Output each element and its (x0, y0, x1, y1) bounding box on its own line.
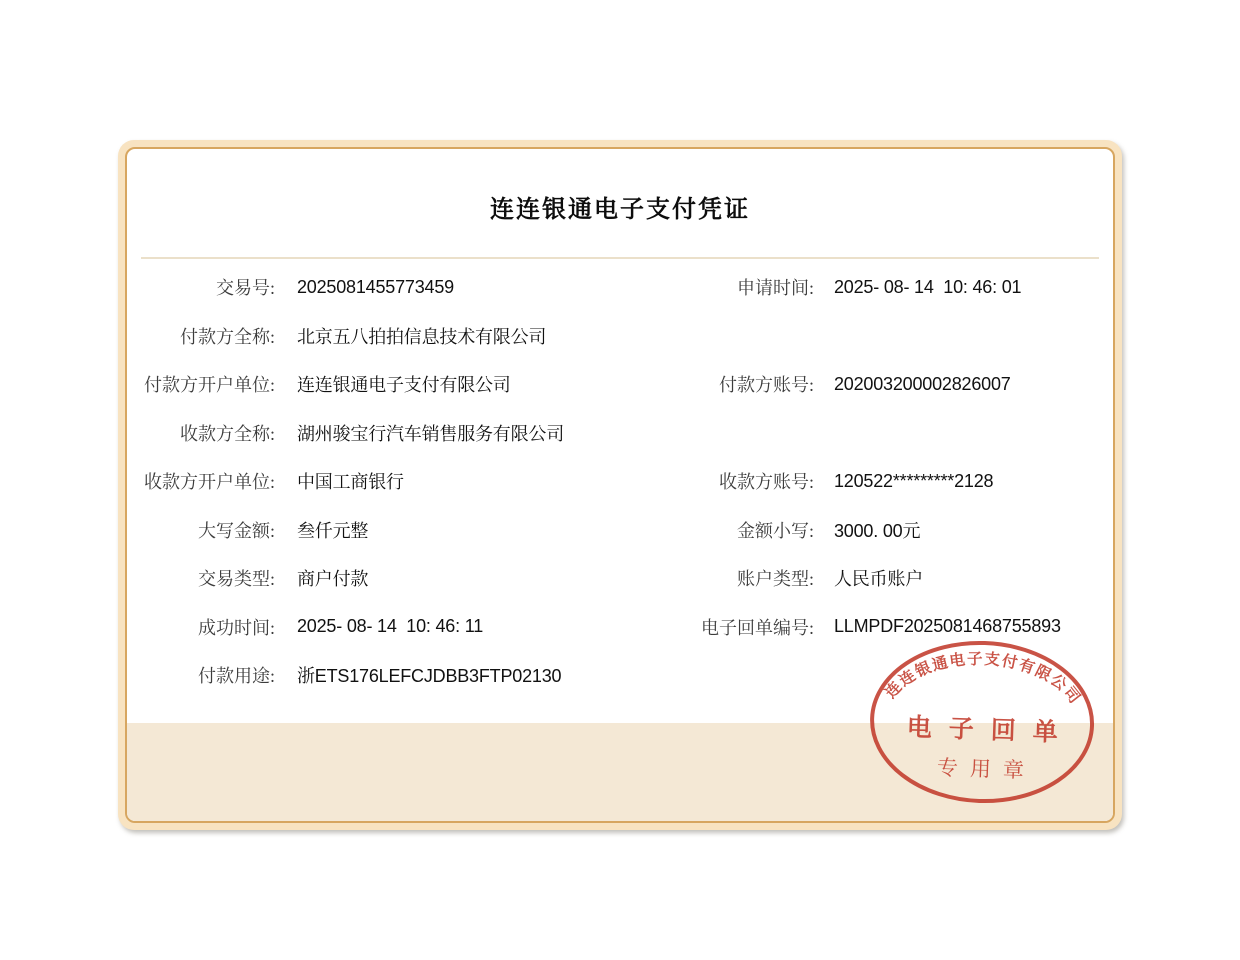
apply-time-value: 2025- 08- 14 10: 46: 01 (834, 277, 1105, 298)
row-payee-bank: 收款方开户单位: 中国工商银行 收款方账号: 120522*********21… (127, 457, 1113, 506)
transaction-type-value: 商户付款 (297, 565, 654, 591)
receipt-card-inner: 连连银通电子支付凭证 交易号: 2025081455773459 申请时间: 2… (125, 147, 1115, 823)
stamp-center-text: 电子回单 (906, 713, 1075, 747)
payer-account-label: 付款方账号: (654, 371, 814, 397)
transaction-id-label: 交易号: (133, 274, 275, 300)
field-rows: 交易号: 2025081455773459 申请时间: 2025- 08- 14… (127, 263, 1113, 700)
receipt-card: 连连银通电子支付凭证 交易号: 2025081455773459 申请时间: 2… (118, 140, 1122, 830)
payer-name-value: 北京五八拍拍信息技术有限公司 (297, 323, 654, 349)
payer-account-value: 202003200002826007 (834, 374, 1105, 395)
row-transaction-id: 交易号: 2025081455773459 申请时间: 2025- 08- 14… (127, 263, 1113, 312)
amount-figures-label: 金额小写: (654, 517, 814, 543)
payee-bank-label: 收款方开户单位: (133, 468, 275, 494)
payee-name-label: 收款方全称: (133, 420, 275, 446)
stamp-company-arc-text: 连连银通电子支付有限公司 (880, 646, 1087, 708)
payment-purpose-value: 浙ETS176LEFCJDBB3FTP02130 (297, 662, 654, 688)
payee-account-value: 120522*********2128 (834, 471, 1105, 492)
account-type-label: 账户类型: (654, 565, 814, 591)
stamp-bottom-text: 专用章 (937, 756, 1037, 782)
account-type-value: 人民币账户 (834, 565, 1105, 591)
receipt-number-label: 电子回单编号: (654, 614, 814, 640)
receipt-title: 连连银通电子支付凭证 (127, 195, 1113, 225)
amount-words-label: 大写金额: (133, 517, 275, 543)
payer-bank-value: 连连银通电子支付有限公司 (297, 371, 654, 397)
success-time-value: 2025- 08- 14 10: 46: 11 (297, 616, 654, 637)
apply-time-label: 申请时间: (654, 274, 814, 300)
payee-name-value: 湖州骏宝行汽车销售服务有限公司 (297, 420, 654, 446)
payee-account-label: 收款方账号: (654, 468, 814, 494)
row-amount: 大写金额: 叁仟元整 金额小写: 3000. 00元 (127, 506, 1113, 555)
amount-figures-value: 3000. 00元 (834, 517, 1105, 543)
payee-bank-value: 中国工商银行 (297, 468, 654, 494)
title-divider (141, 257, 1099, 259)
receipt-number-value: LLMPDF2025081468755893 (834, 616, 1105, 637)
payment-purpose-label: 付款用途: (133, 662, 275, 688)
official-stamp-icon: 连连银通电子支付有限公司 电子回单 专用章 (864, 636, 1100, 812)
row-payer-bank: 付款方开户单位: 连连银通电子支付有限公司 付款方账号: 20200320000… (127, 360, 1113, 409)
transaction-id-value: 2025081455773459 (297, 277, 654, 298)
row-types: 交易类型: 商户付款 账户类型: 人民币账户 (127, 554, 1113, 603)
amount-words-value: 叁仟元整 (297, 517, 654, 543)
row-payer-name: 付款方全称: 北京五八拍拍信息技术有限公司 (127, 312, 1113, 361)
payer-name-label: 付款方全称: (133, 323, 275, 349)
transaction-type-label: 交易类型: (133, 565, 275, 591)
success-time-label: 成功时间: (133, 614, 275, 640)
row-payee-name: 收款方全称: 湖州骏宝行汽车销售服务有限公司 (127, 409, 1113, 458)
payer-bank-label: 付款方开户单位: (133, 371, 275, 397)
